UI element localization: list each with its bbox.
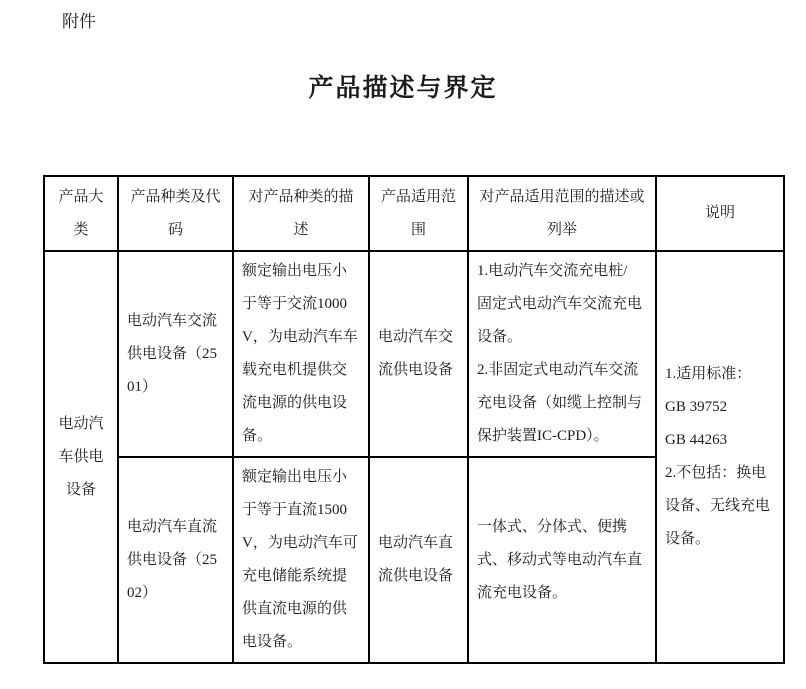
cell-scope-dc: 电动汽车直 流供电设备 [369,457,468,663]
cell-type-code-dc: 电动汽车直流 供电设备（25 02） [118,457,233,663]
table-row-ac-equipment: 电动汽 车供电 设备 电动汽车交流 供电设备（25 01） 额定输出电压小 于等… [44,251,784,457]
header-applicable-scope: 产品适用范 围 [369,176,468,251]
cell-scope-description-ac: 1.电动汽车交流充电桩/ 固定式电动汽车交流充电 设备。 2.非固定式电动汽车交… [468,251,656,457]
cell-description-ac: 额定输出电压小 于等于交流1000 V，为电动汽车车 载充电机提供交 流电源的供… [233,251,369,457]
page-title: 产品描述与界定 [0,68,806,104]
table-header-row: 产品大 类 产品种类及代 码 对产品种类的描 述 产品适用范 围 对产品适用范围… [44,176,784,251]
document-page: 附件 产品描述与界定 产品大 类 产品种类及代 码 对产品种类的描 述 产品适用… [0,0,806,689]
header-product-category: 产品大 类 [44,176,118,251]
attachment-label: 附件 [62,10,96,34]
cell-notes: 1.适用标准： GB 39752 GB 44263 2.不包括：换电 设备、无线… [656,251,784,663]
product-definition-table: 产品大 类 产品种类及代 码 对产品种类的描 述 产品适用范 围 对产品适用范围… [43,175,785,664]
cell-type-code-ac: 电动汽车交流 供电设备（25 01） [118,251,233,457]
cell-scope-ac: 电动汽车交 流供电设备 [369,251,468,457]
cell-description-dc: 额定输出电压小 于等于直流1500 V，为电动汽车可 充电储能系统提 供直流电源… [233,457,369,663]
header-notes: 说明 [656,176,784,251]
header-type-and-code: 产品种类及代 码 [118,176,233,251]
cell-product-category: 电动汽 车供电 设备 [44,251,118,663]
header-scope-description: 对产品适用范围的描述或 列举 [468,176,656,251]
cell-scope-description-dc: 一体式、分体式、便携 式、移动式等电动汽车直 流充电设备。 [468,457,656,663]
header-type-description: 对产品种类的描 述 [233,176,369,251]
